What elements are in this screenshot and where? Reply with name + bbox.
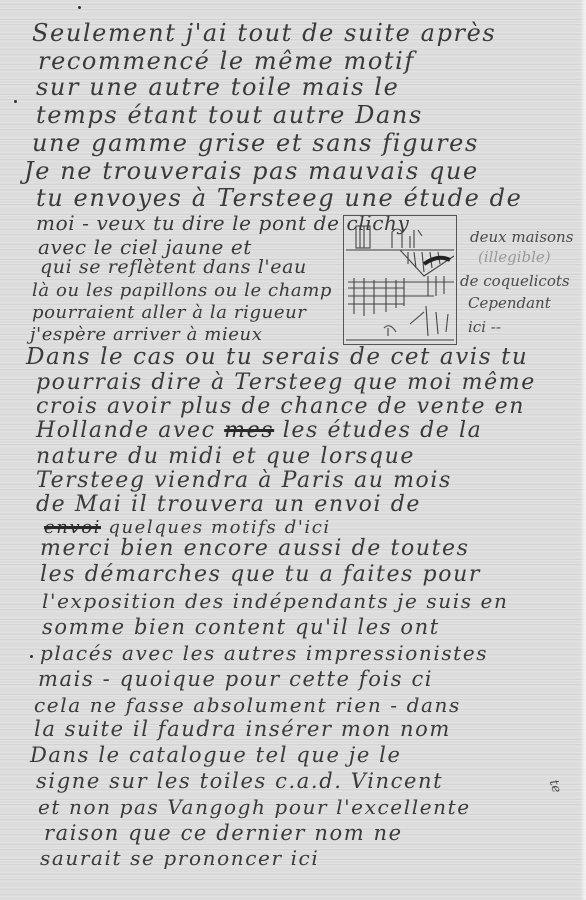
paper-speck [30, 655, 33, 658]
letter-page: Seulement j'ai tout de suite après recom… [0, 0, 586, 900]
letter-line: une gamme grise et sans figures [32, 128, 479, 158]
sketch-drawing [343, 215, 457, 345]
paper-speck [78, 6, 81, 9]
side-note: de coquelicots [460, 272, 570, 290]
letter-line: Je ne trouverais pas mauvais que [24, 156, 479, 186]
letter-line: sur une autre toile mais le [36, 72, 399, 102]
side-note: ici -- [468, 318, 501, 336]
struck-word: mes [224, 418, 274, 443]
paper-speck [14, 100, 17, 103]
letter-line: temps étant tout autre Dans [36, 100, 423, 130]
letter-text: Hollande avec [36, 418, 216, 443]
side-note: (illegible) [478, 248, 551, 266]
side-note: deux maisons [470, 228, 573, 246]
margin-note: te [546, 778, 564, 795]
letter-line: saurait se prononcer ici [40, 843, 319, 873]
side-note: Cependant [468, 294, 551, 312]
page-edge [580, 0, 586, 900]
sketch-houses-icon [344, 216, 456, 344]
letter-text: les études de la [283, 418, 483, 443]
letter-line: Seulement j'ai tout de suite après [32, 18, 496, 48]
